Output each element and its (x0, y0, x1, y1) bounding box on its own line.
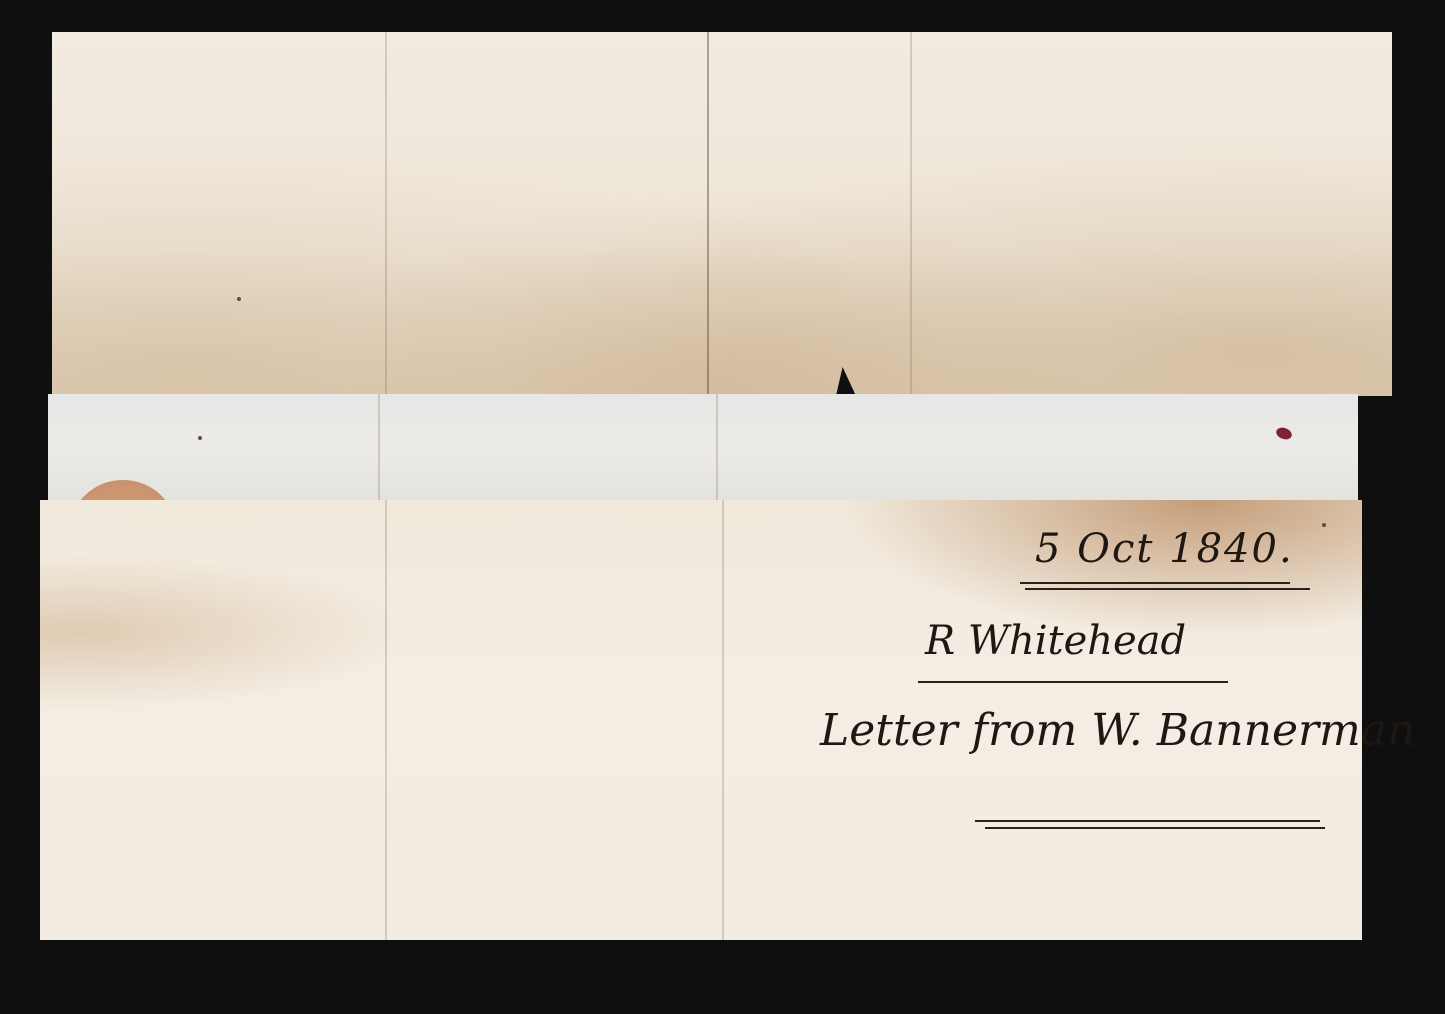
underline (918, 681, 1228, 683)
stain-speck (237, 297, 241, 301)
fold-line (385, 32, 387, 396)
underline (1020, 582, 1290, 584)
fold-line (707, 32, 709, 396)
fold-line (378, 394, 380, 504)
underline (1025, 588, 1310, 590)
stain-speck (1322, 523, 1326, 527)
underline (985, 827, 1325, 829)
fold-line (385, 500, 387, 940)
fold-line (722, 500, 724, 940)
fold-line (910, 32, 912, 396)
letter-top-panel (52, 32, 1392, 396)
docket-from-line: Letter from W. Bannerman (820, 705, 1415, 756)
docket-name: R Whitehead (925, 618, 1186, 664)
document-scan: 5 Oct 1840. R Whitehead Letter from W. B… (0, 0, 1445, 1014)
stain-speck (198, 436, 202, 440)
letter-middle-strip (48, 394, 1358, 504)
underline (975, 820, 1320, 822)
fold-line (716, 394, 718, 504)
docket-date: 5 Oct 1840. (1035, 526, 1294, 572)
